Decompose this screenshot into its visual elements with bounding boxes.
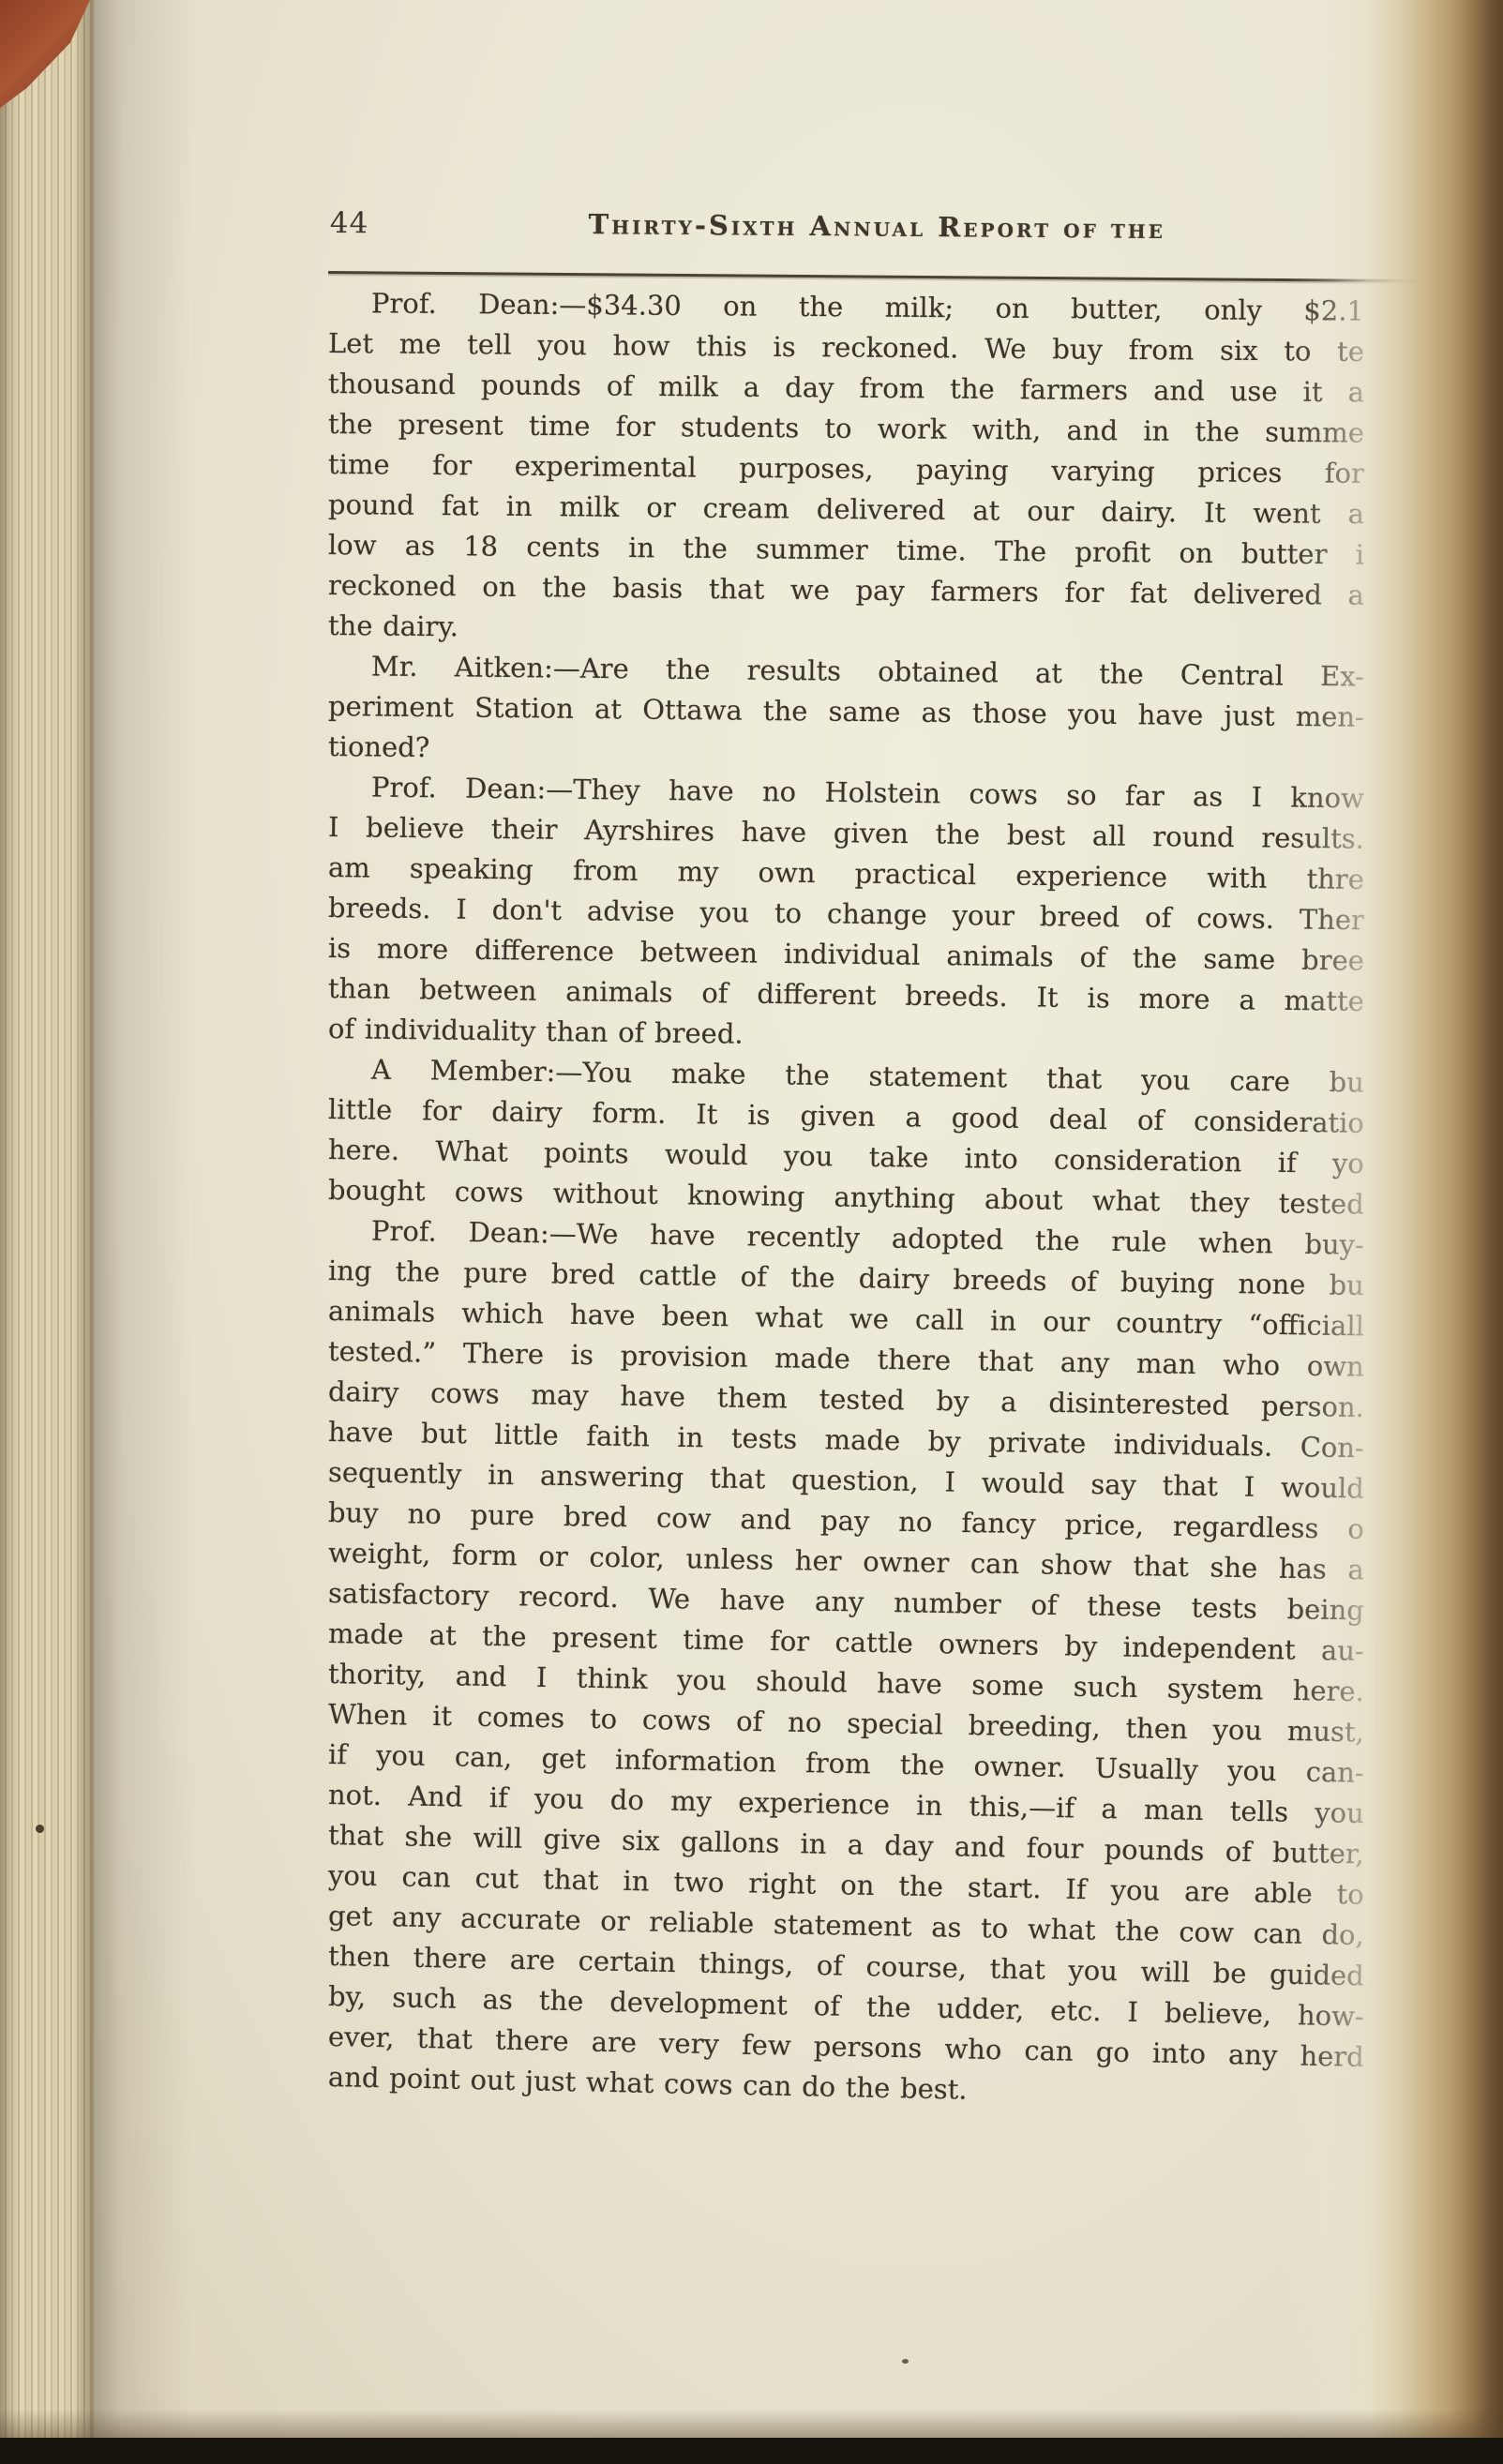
ink-speck xyxy=(902,2359,909,2364)
page-number: 44 xyxy=(330,206,369,240)
page-edge-left xyxy=(0,0,94,2464)
page-text: Prof. Dean:—$34.30 on the milk; on butte… xyxy=(328,283,1364,2097)
page-header: 44 Thirty-Sixth Annual Report of the xyxy=(328,203,1364,254)
ink-speck xyxy=(36,1825,44,1833)
book-scan: { "document": { "page_number": "44", "ru… xyxy=(0,0,1503,2464)
running-header: Thirty-Sixth Annual Report of the xyxy=(390,207,1364,247)
scan-bottom-bar xyxy=(0,2438,1503,2464)
